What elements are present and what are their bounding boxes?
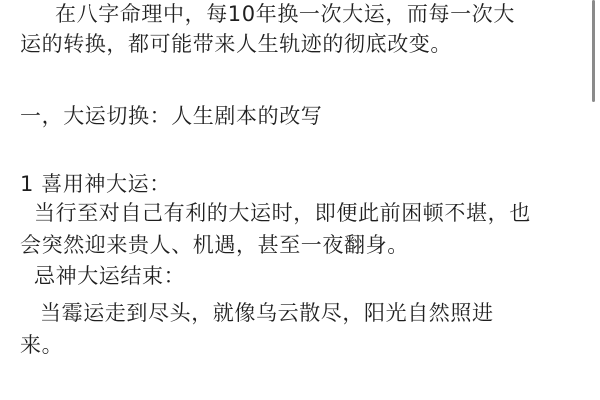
item-2-heading: 忌神大运结束：	[34, 262, 185, 290]
item-2-body-line-1: 当霉运走到尽头，就像乌云散尽，阳光自然照进	[40, 299, 494, 327]
item-1-body-line-2: 会突然迎来贵人、机遇，甚至一夜翻身。	[20, 231, 409, 259]
intro-paragraph-line-2: 运的转换，都可能带来人生轨迹的彻底改变。	[20, 30, 452, 58]
vertical-scrollbar[interactable]	[591, 0, 596, 400]
item-2-body-line-2: 来。	[20, 331, 63, 359]
item-1-body-line-1: 当行至对自己有利的大运时，即便此前困顿不堪，也	[34, 199, 531, 227]
intro-paragraph-line-1: 在八字命理中，每10年换一次大运，而每一次大	[55, 0, 515, 28]
scrollbar-thumb[interactable]	[592, 0, 595, 102]
section-heading: 一，大运切换：人生剧本的改写	[20, 102, 322, 130]
item-1-heading: 1 喜用神大运：	[20, 170, 171, 198]
